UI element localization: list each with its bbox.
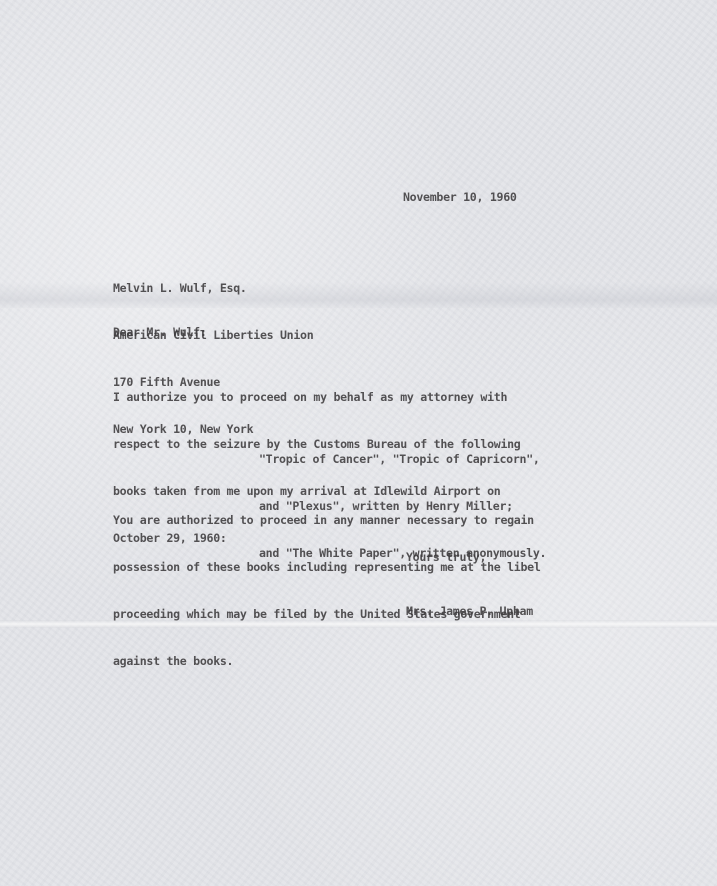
letter-date: November 10, 1960 [403, 190, 517, 206]
paragraph-line: against the books. [113, 654, 541, 670]
letter-page: November 10, 1960 Melvin L. Wulf, Esq. A… [0, 0, 717, 886]
closing: Yours truly, [406, 550, 486, 566]
paper-fold-upper [0, 282, 717, 308]
recipient-name: Melvin L. Wulf, Esq. [113, 281, 313, 297]
paragraph-line: I authorize you to proceed on my behalf … [113, 390, 520, 406]
paragraph-scope: You are authorized to proceed in any man… [113, 482, 541, 700]
book-list-line: "Tropic of Cancer", "Tropic of Capricorn… [259, 452, 546, 468]
signature: Mrs. James P. Upham [406, 604, 533, 620]
paragraph-line: You are authorized to proceed in any man… [113, 513, 541, 529]
salutation: Dear Mr. Wulf: [113, 325, 207, 341]
